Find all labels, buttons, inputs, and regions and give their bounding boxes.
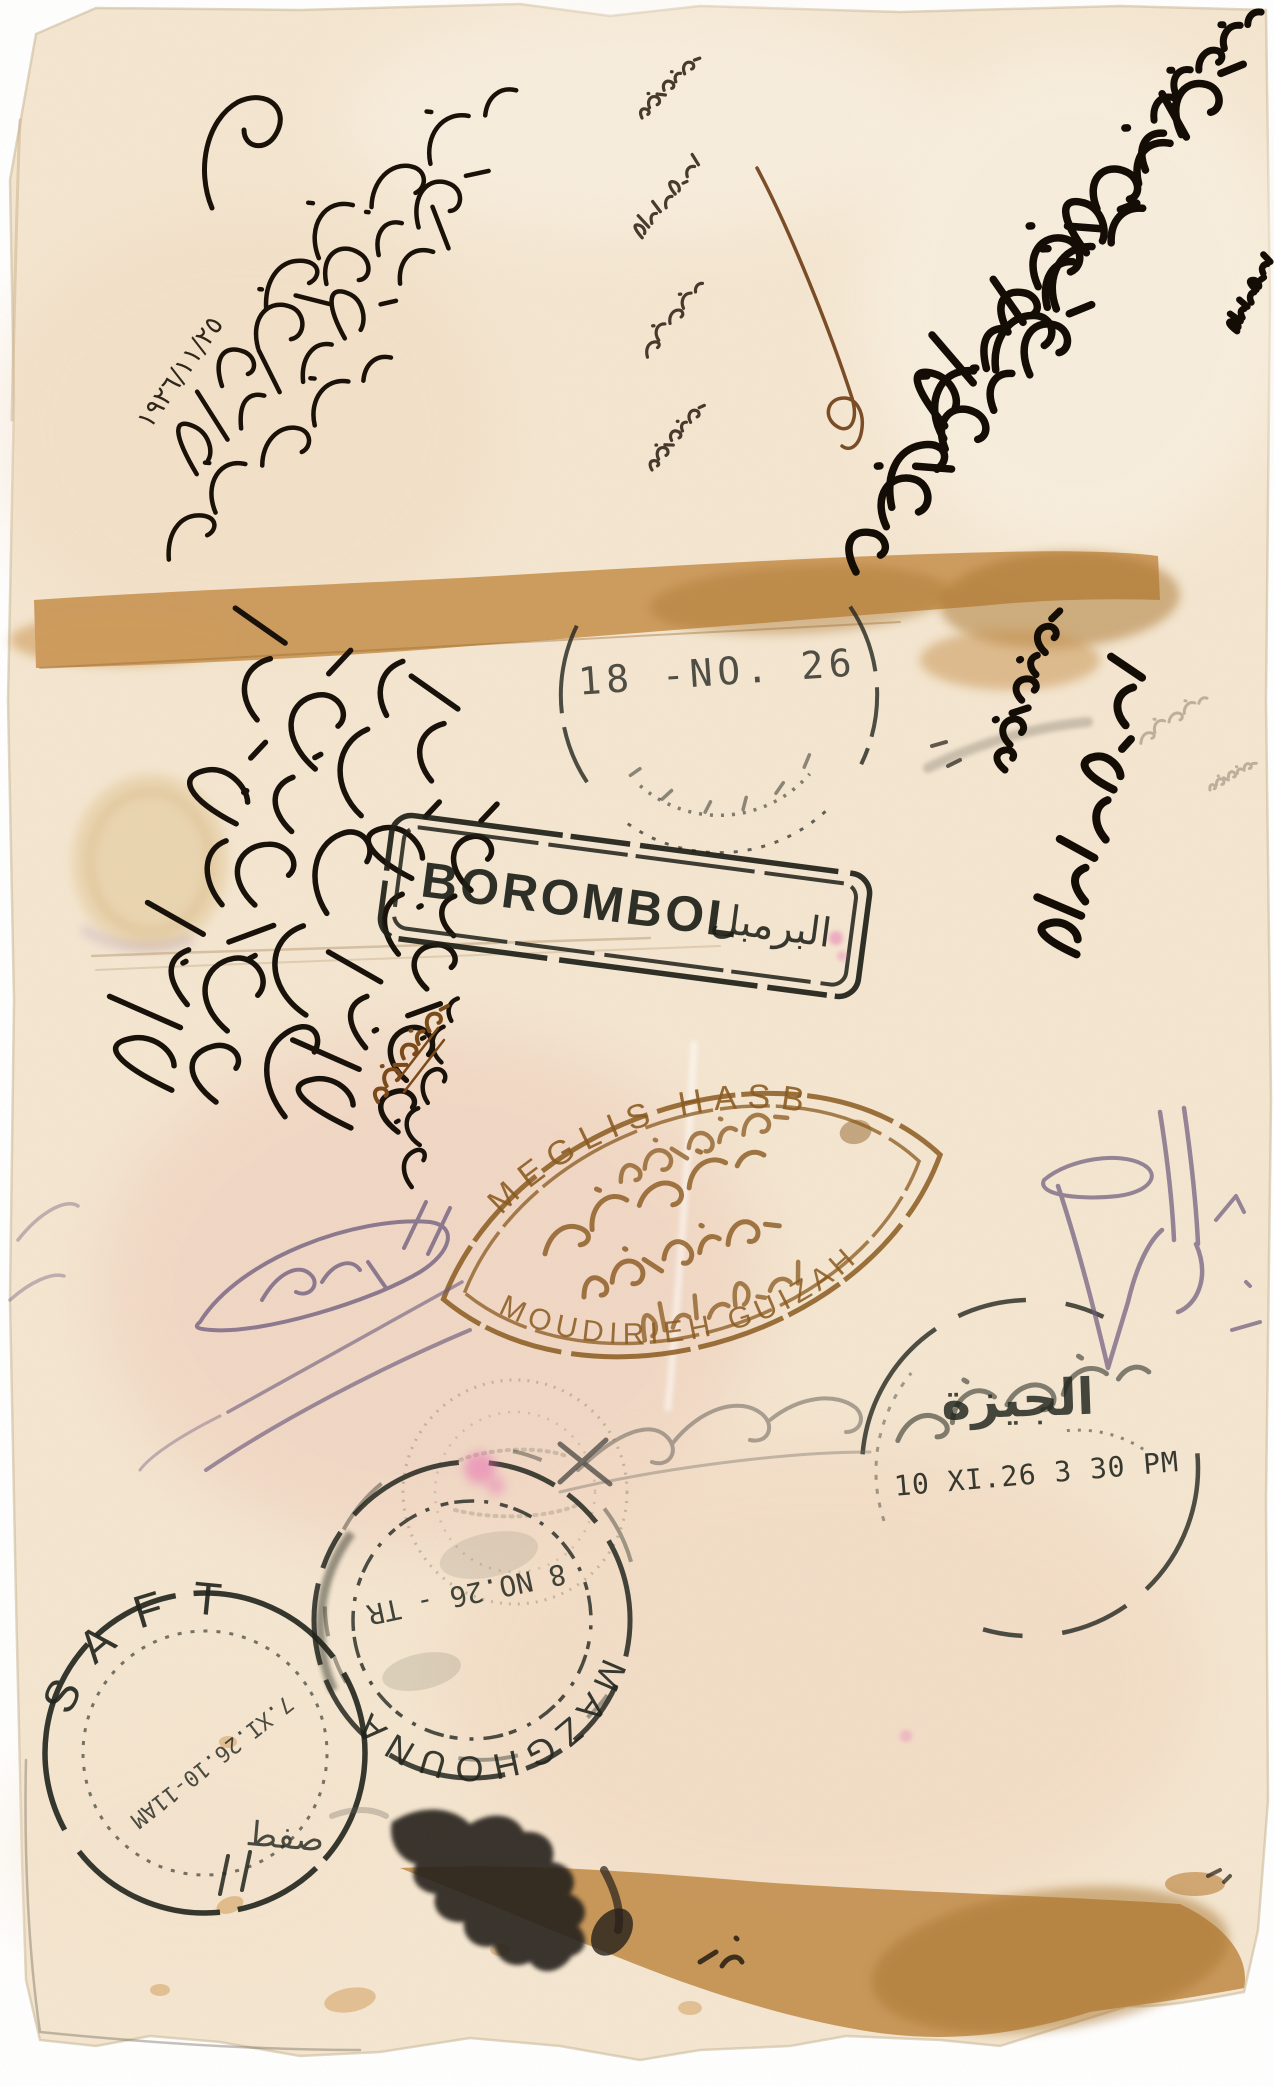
embossed-seal	[72, 774, 228, 950]
saft-arabic: صفط	[244, 1814, 326, 1861]
scanned-envelope-back: ١٩٢٦/١١/٢٥ MEGLIS HASB MOUDIRIEH GUI	[0, 0, 1274, 2086]
